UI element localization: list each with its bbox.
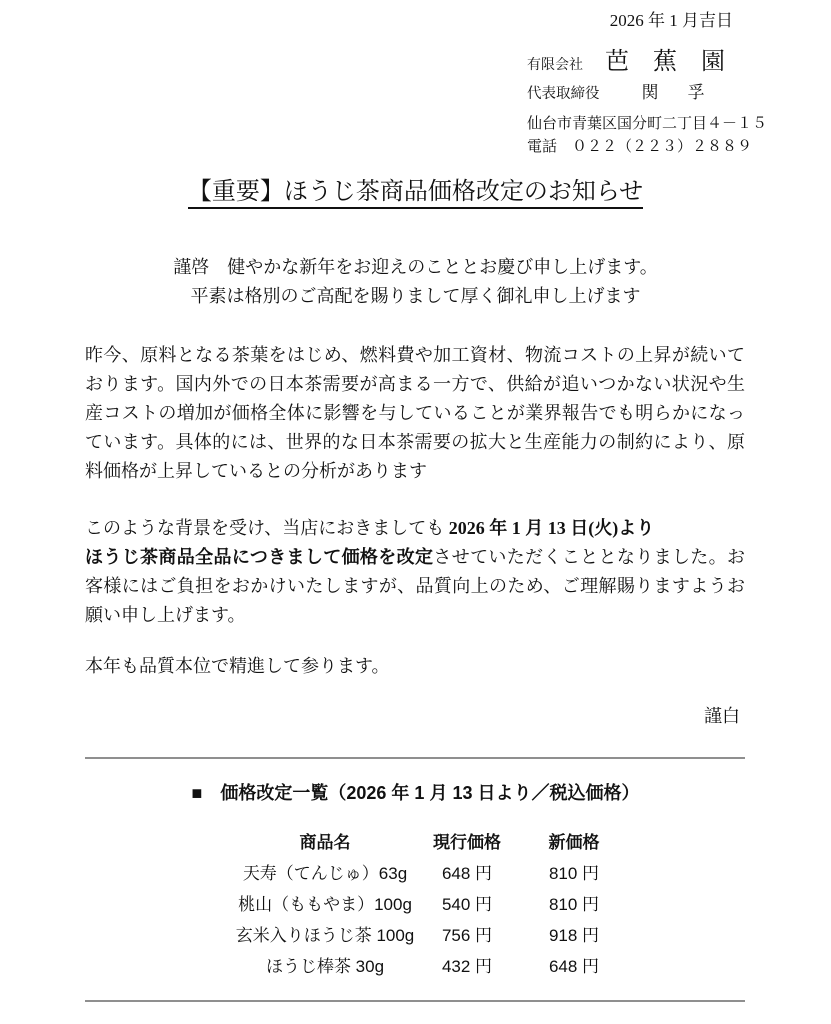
new-price: 648 円 (517, 949, 631, 980)
product-name: 桃山（ももやま）100g (233, 887, 417, 918)
letter-title: 【重要】ほうじ茶商品価格改定のお知らせ (0, 175, 831, 209)
representative-title: 代表取締役 (527, 86, 600, 102)
current-price: 648 円 (417, 856, 517, 887)
header-product-name: 商品名 (233, 825, 417, 856)
price-table-header-row: 商品名 現行価格 新価格 (233, 825, 631, 856)
divider-bottom (85, 1000, 745, 1002)
sender-phone: 電話 ０２２（２２３）２８８９ (527, 137, 831, 157)
table-row: ほうじ棒茶 30g 432 円 648 円 (233, 949, 631, 980)
header-current-price: 現行価格 (417, 825, 517, 856)
table-row: 玄米入りほうじ茶 100g 756 円 918 円 (233, 918, 631, 949)
letter-page: 2026 年 1 月吉日 有限会社芭 蕉 園 代表取締役関 孚 仙台市青葉区国分… (0, 0, 831, 1024)
paragraph-price-change: このような背景を受け、当店におきましても 2026 年 1 月 13 日(火)よ… (85, 514, 745, 630)
new-price: 918 円 (517, 918, 631, 949)
representative-line: 代表取締役関 孚 (527, 82, 831, 105)
company-line: 有限会社芭 蕉 園 (527, 46, 831, 82)
new-price: 810 円 (517, 856, 631, 887)
greeting-block: 謹啓 健やかな新年をお迎えのこととお慶び申し上げます。 平素は格別のご高配を賜り… (0, 253, 831, 311)
price-change-statement: ほうじ茶商品全品につきまして価格を改定 (85, 547, 433, 567)
header-new-price: 新価格 (517, 825, 631, 856)
sender-block: 有限会社芭 蕉 園 代表取締役関 孚 仙台市青葉区国分町二丁目４－１５ 電話 ０… (527, 46, 831, 157)
price-list-heading: ■ 価格改定一覧（2026 年 1 月 13 日より／税込価格） (0, 781, 831, 805)
letter-date: 2026 年 1 月吉日 (0, 10, 733, 32)
table-row: 天寿（てんじゅ）63g 648 円 810 円 (233, 856, 631, 887)
current-price: 756 円 (417, 918, 517, 949)
new-price: 810 円 (517, 887, 631, 918)
product-name: 天寿（てんじゅ）63g (233, 856, 417, 887)
greeting-line-2: 平素は格別のご高配を賜りまして厚く御礼申し上げます (0, 282, 831, 311)
paragraph-background: 昨今、原料となる茶葉をはじめ、燃料費や加工資材、物流コストの上昇が続いております… (85, 341, 745, 486)
company-type: 有限会社 (527, 58, 583, 73)
current-price: 432 円 (417, 949, 517, 980)
table-row: 桃山（ももやま）100g 540 円 810 円 (233, 887, 631, 918)
price-change-date: 2026 年 1 月 13 日(火)より (449, 518, 655, 538)
product-name: ほうじ棒茶 30g (233, 949, 417, 980)
divider-top (85, 757, 745, 759)
company-name: 芭 蕉 園 (605, 49, 734, 75)
current-price: 540 円 (417, 887, 517, 918)
sender-address: 仙台市青葉区国分町二丁目４－１５ (527, 114, 831, 134)
paragraph-commitment: 本年も品質本位で精進して参ります。 (85, 652, 745, 681)
price-table: 商品名 現行価格 新価格 天寿（てんじゅ）63g 648 円 810 円 桃山（… (233, 825, 631, 980)
representative-name: 関 孚 (642, 83, 711, 102)
letter-title-text: 【重要】ほうじ茶商品価格改定のお知らせ (188, 179, 643, 209)
paragraph-price-change-lead: このような背景を受け、当店におきましても (85, 518, 449, 538)
greeting-line-1: 謹啓 健やかな新年をお迎えのこととお慶び申し上げます。 (0, 253, 831, 282)
closing-word: 謹白 (0, 705, 740, 727)
product-name: 玄米入りほうじ茶 100g (233, 918, 417, 949)
